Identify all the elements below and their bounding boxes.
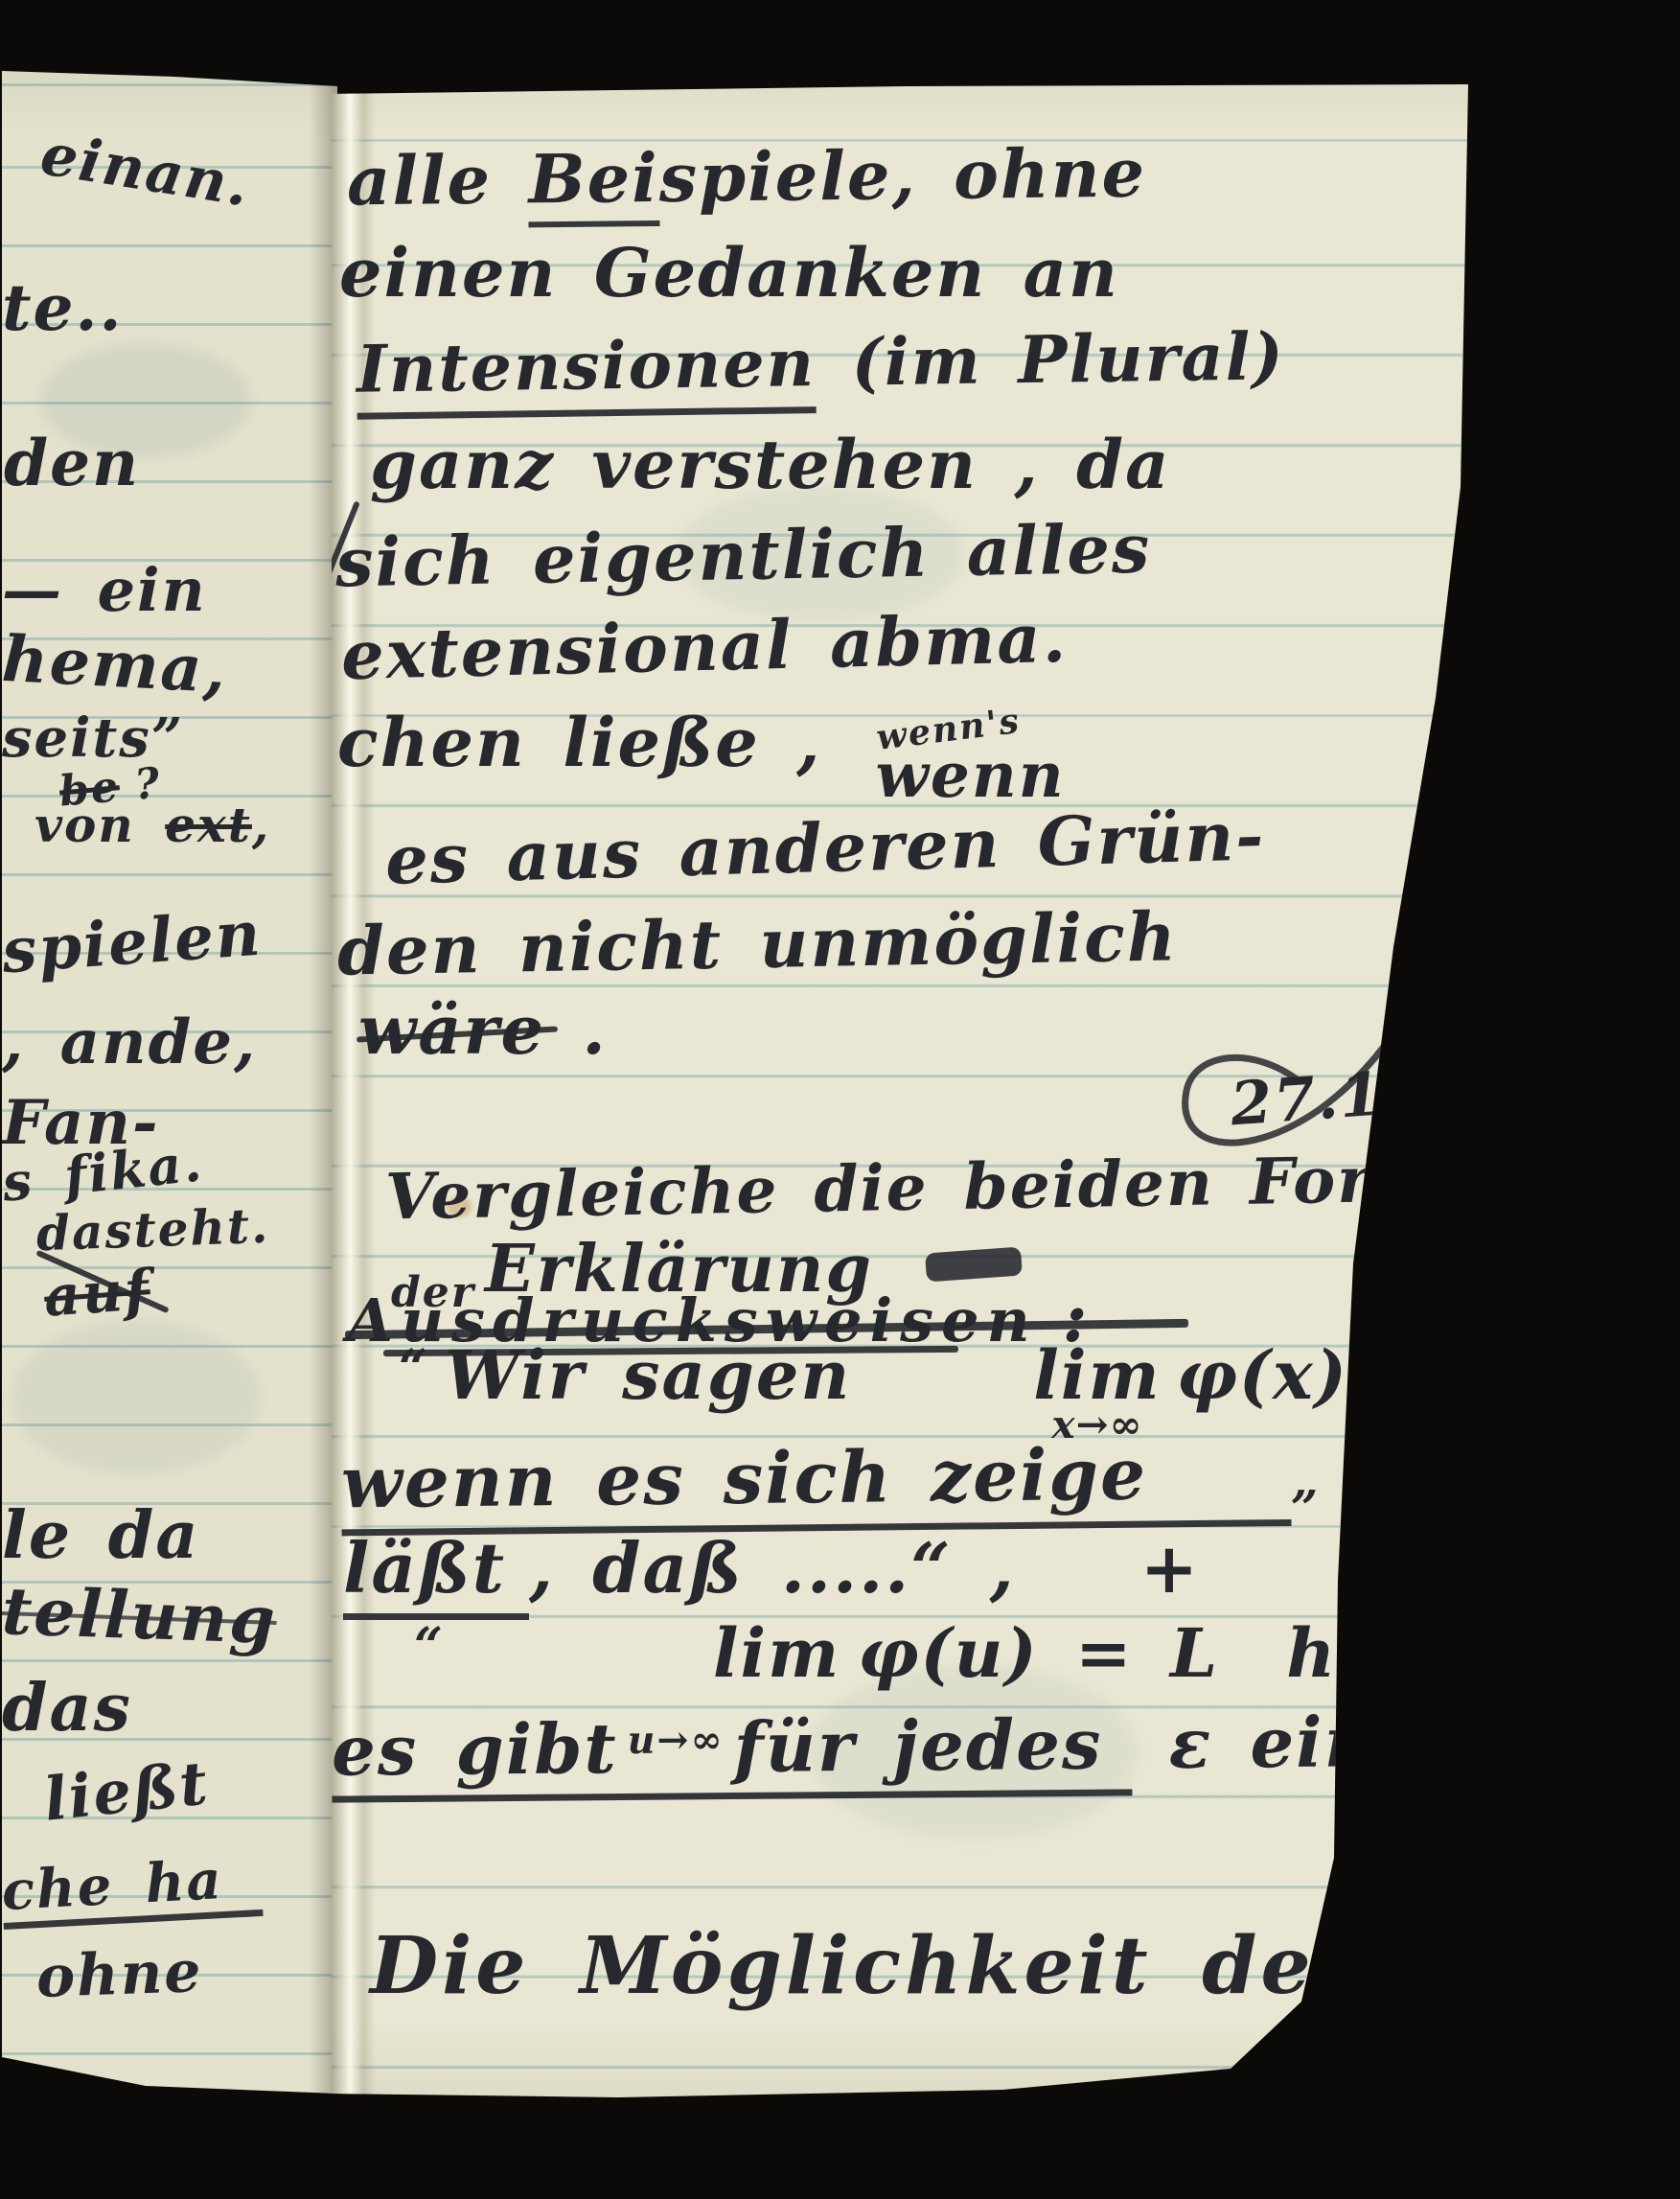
underlined-word: läßt bbox=[343, 1527, 529, 1620]
inserted-word-stack: wenn'swenn bbox=[876, 709, 1066, 808]
manuscript-line: Vergleiche die beiden Formen bbox=[385, 1146, 1532, 1229]
lim-subscript: u→∞ bbox=[627, 1718, 724, 1763]
formula-text: φ(u) = L bbox=[858, 1613, 1219, 1693]
word-run: es gibt bbox=[332, 1707, 618, 1792]
lim-text: lim bbox=[713, 1620, 840, 1687]
left-page-fragment: ließt bbox=[41, 1753, 212, 1830]
left-page: einan. te.. den — ein hema, seits” be? v… bbox=[2, 56, 337, 2103]
limit-operator: limx→∞ bbox=[1033, 1342, 1161, 1445]
left-page-fragment: das bbox=[2, 1676, 132, 1741]
left-page-fragment: — ein bbox=[2, 561, 207, 620]
manuscript-line: extensional abma. bbox=[340, 605, 1069, 689]
date-label: 27.1. bbox=[1229, 1063, 1407, 1135]
left-page-fragment: ohne bbox=[35, 1943, 203, 2006]
limit-operator: lim bbox=[713, 1620, 840, 1687]
manuscript-line: den nicht unmöglich bbox=[336, 903, 1178, 984]
left-page-fragment: spielen bbox=[0, 904, 264, 984]
photo-stage: einan. te.. den — ein hema, seits” be? v… bbox=[0, 0, 1680, 2199]
underlined-word: Intensionen bbox=[356, 325, 816, 420]
manuscript-line: chen ließe ,wenn'swenn bbox=[337, 709, 1066, 808]
left-page-fragment: von ext, bbox=[35, 801, 270, 849]
left-page-fragment: le da bbox=[2, 1503, 199, 1568]
word-run: Wir sagen bbox=[445, 1335, 851, 1415]
underlined-run: wenn es sich zeige bbox=[341, 1432, 1292, 1536]
manuscript-line: Die Möglichkeit der bbox=[370, 1927, 1360, 2005]
manuscript-line: es aus anderen Grün- bbox=[384, 802, 1266, 894]
ink-blob bbox=[925, 1247, 1023, 1283]
manuscript-line: läßt, daß .....“ ,+ bbox=[343, 1534, 1200, 1603]
left-page-fragment: einan. bbox=[37, 126, 255, 216]
left-page-fragment: te.. bbox=[2, 276, 123, 339]
quote-mark: „ bbox=[1291, 1452, 1321, 1509]
plus-mark: + bbox=[1140, 1527, 1200, 1609]
word-run: heißt : bbox=[1286, 1613, 1558, 1693]
manuscript-line: Intensionen (im Plural) bbox=[357, 324, 1285, 403]
notebook-page: alle Beispiele, ohne einen Gedanken an I… bbox=[332, 84, 1474, 2101]
word-run: spiele, ohne bbox=[658, 133, 1146, 218]
manuscript-line: es gibtu→∞für jedes ε ein δ...“ bbox=[332, 1705, 1581, 1785]
formula-text: φ(x) = L , bbox=[1177, 1335, 1592, 1415]
left-page-fragment-underlined: che ha bbox=[0, 1851, 263, 1930]
word-run: alle bbox=[347, 139, 529, 220]
lim-text: lim bbox=[1033, 1342, 1161, 1409]
quote-mark: “ bbox=[399, 1339, 429, 1398]
left-page-fragment: den bbox=[4, 431, 140, 495]
manuscript-line: einen Gedanken an bbox=[339, 240, 1119, 307]
left-page-fragment: hema, bbox=[0, 627, 229, 702]
ink-show-through bbox=[12, 1321, 261, 1474]
left-page-fragment: dasteht. bbox=[35, 1202, 270, 1258]
crossed-out-word: ext bbox=[165, 797, 252, 853]
word-run: chen ließe , bbox=[337, 703, 822, 782]
underlined-word: Bei bbox=[528, 138, 659, 227]
manuscript-line: alle Beispiele, ohne bbox=[347, 140, 1147, 216]
fragment-word: , bbox=[252, 797, 270, 853]
manuscript-line: wenn es sich zeige„ bbox=[341, 1438, 1322, 1519]
word-run: (im Plural) bbox=[815, 318, 1285, 402]
formula-line: “Wir sagenlimx→∞φ(x) = L , bbox=[399, 1342, 1591, 1445]
underlined-run: es gibtu→∞für jedes bbox=[332, 1702, 1132, 1802]
formula-line: “limφ(u) = Lheißt : bbox=[414, 1620, 1558, 1687]
quote-mark: “ bbox=[414, 1617, 445, 1676]
left-page-fragment: , ande, bbox=[2, 1012, 257, 1074]
formula-text: ε ein δ...“ bbox=[1131, 1699, 1581, 1784]
left-page-fragment: tellung bbox=[1, 1579, 278, 1654]
word-run: für jedes bbox=[733, 1703, 1103, 1788]
manuscript-line: ganz verstehen , da bbox=[370, 431, 1170, 498]
manuscript-line: sich eigentlich alles bbox=[334, 516, 1151, 597]
left-page-fragment: seits” bbox=[2, 711, 184, 765]
word-run: wenn bbox=[876, 746, 1066, 807]
word-run: , daß .....“ , bbox=[529, 1527, 1016, 1609]
fragment-word: von bbox=[35, 797, 135, 853]
